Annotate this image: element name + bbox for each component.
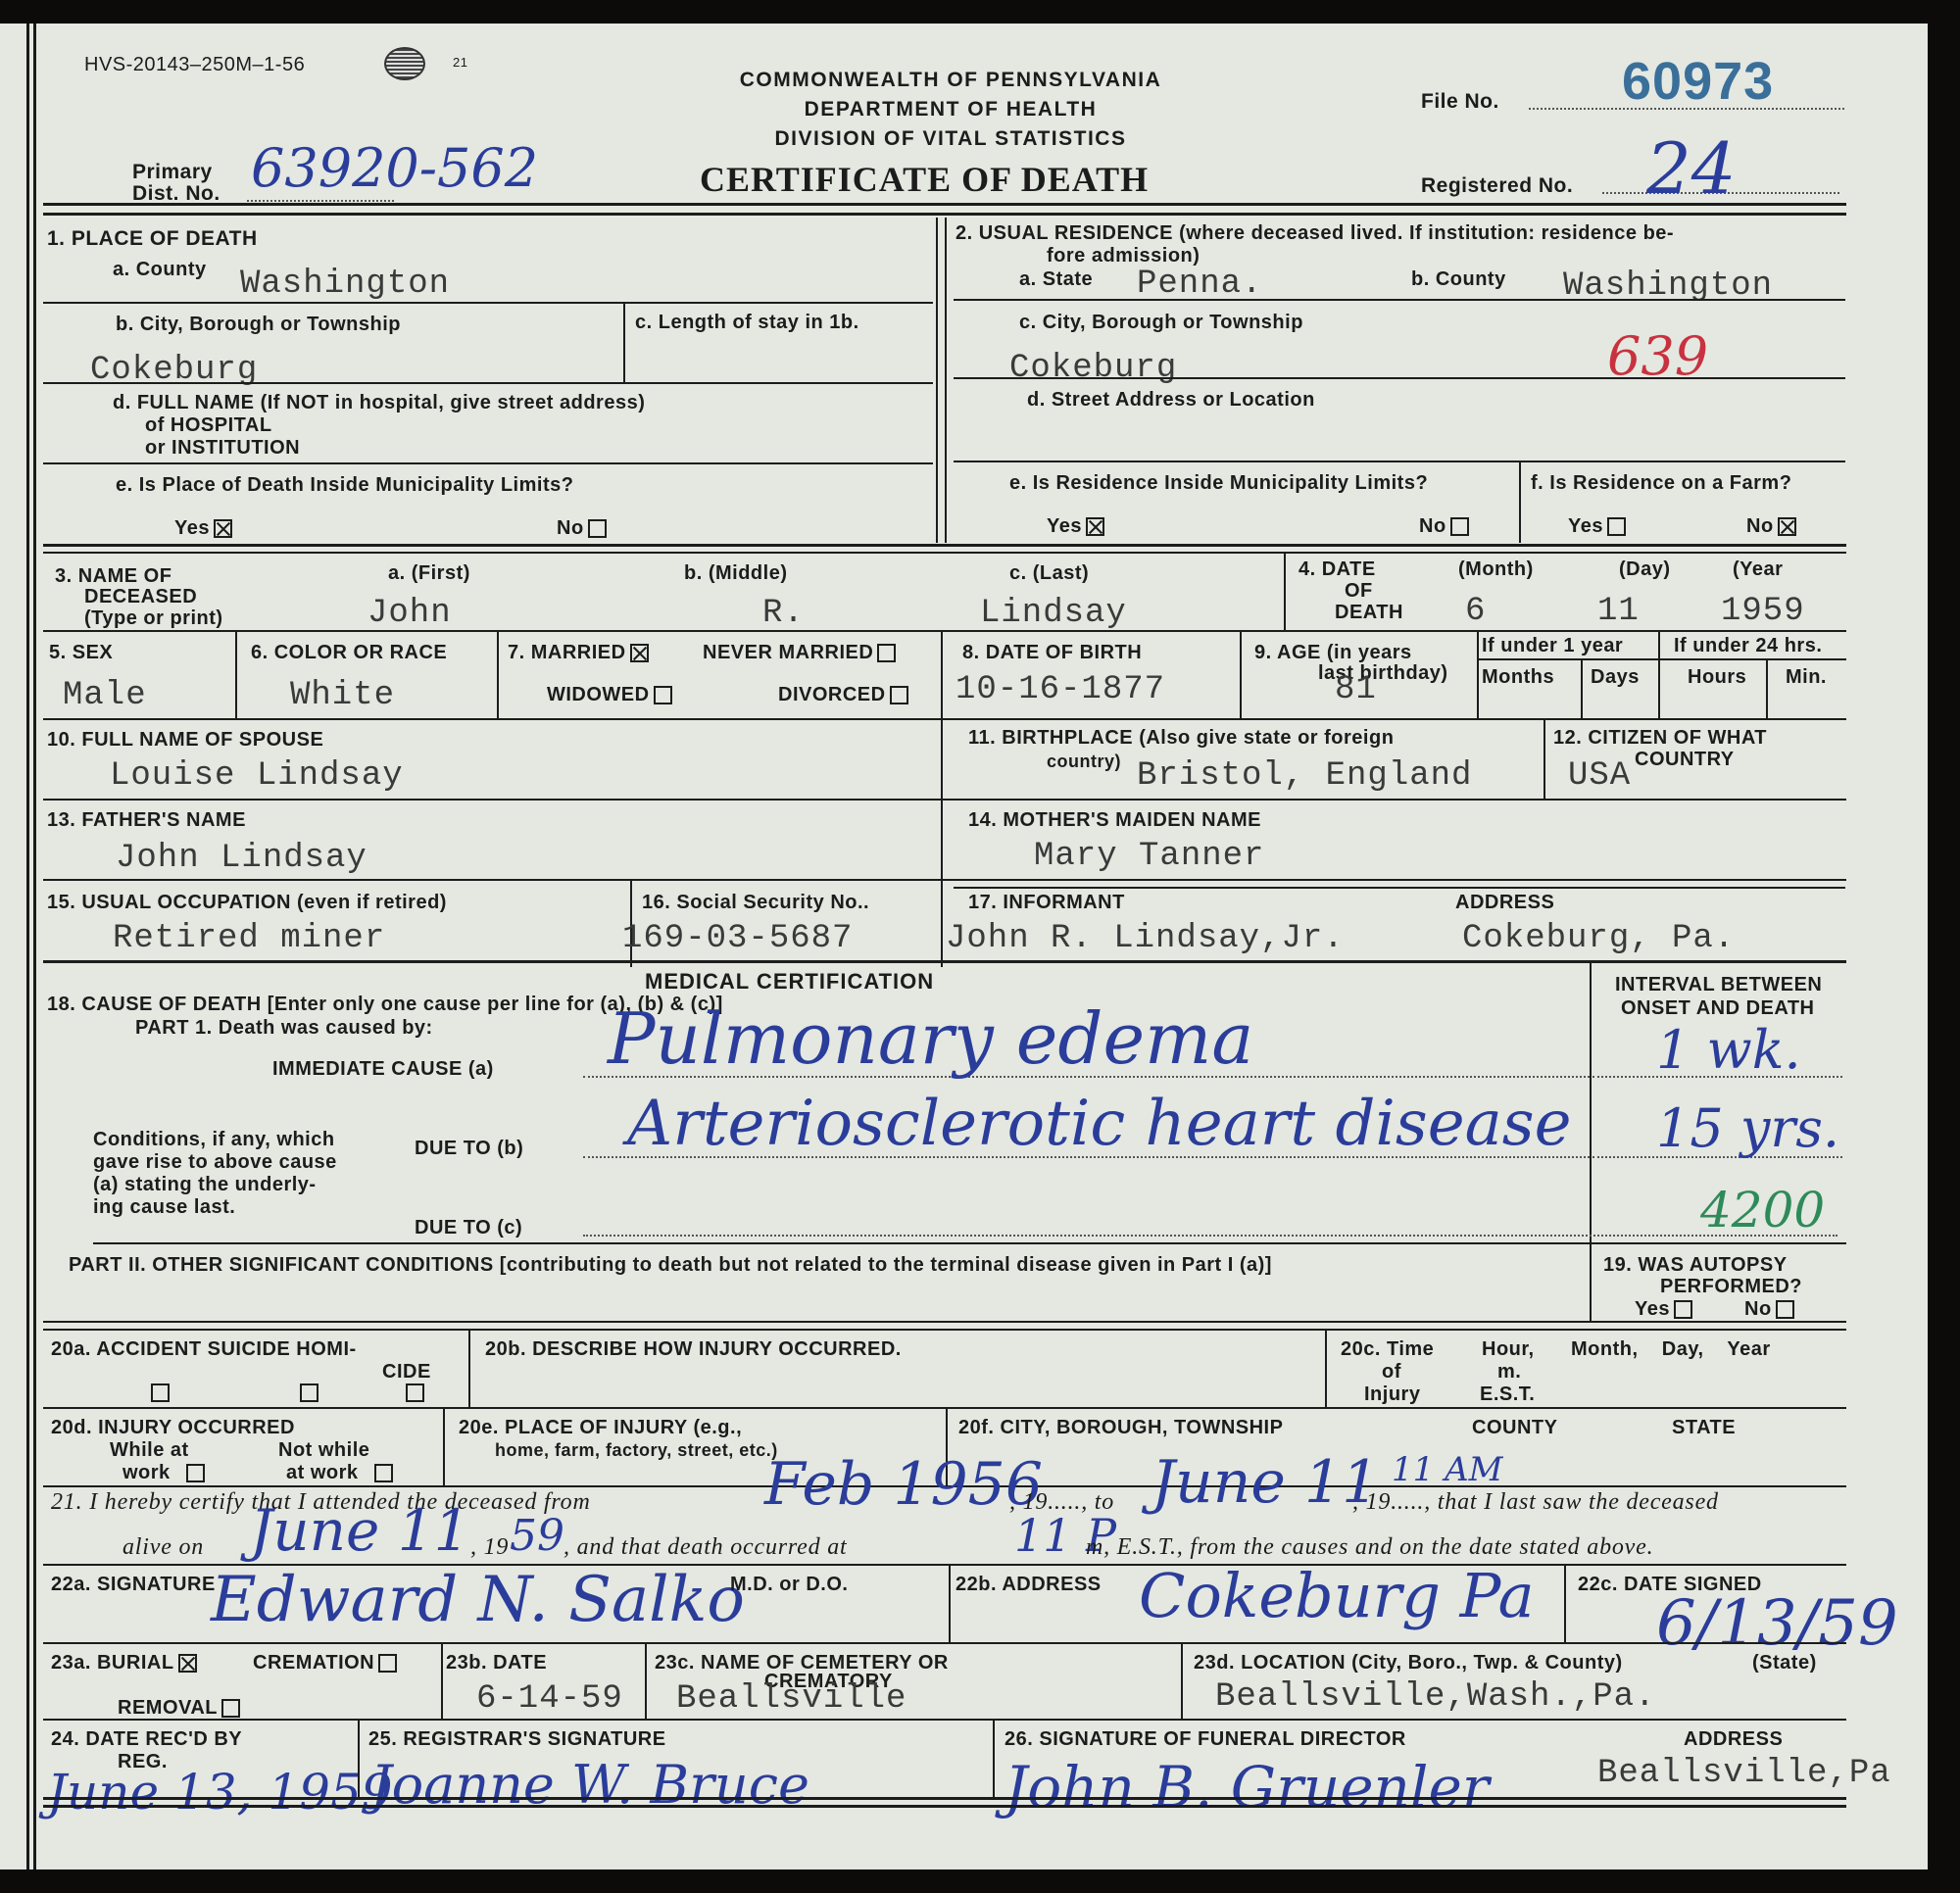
registered-no-label: Registered No.: [1421, 174, 1573, 197]
removal-option[interactable]: REMOVAL: [118, 1697, 240, 1720]
widowed-option[interactable]: WIDOWED: [547, 684, 672, 706]
death-city-label: b. City, Borough or Township: [116, 314, 401, 336]
first-name-value: John: [367, 596, 452, 631]
registered-number: 24: [1646, 127, 1737, 210]
registrar-signature-label: 25. REGISTRAR'S SIGNATURE: [368, 1728, 666, 1751]
residence-county-label: b. County: [1411, 268, 1506, 291]
interval-label: INTERVAL BETWEEN: [1615, 974, 1822, 996]
conditions-label: Conditions, if any, which: [93, 1129, 335, 1151]
not-at-work-label: Not while: [278, 1439, 369, 1462]
while-at-work-option[interactable]: work: [122, 1462, 205, 1484]
birthplace-label: 11. BIRTHPLACE (Also give state or forei…: [968, 727, 1394, 750]
checkbox-icon[interactable]: [221, 1699, 240, 1718]
usual-residence-title: 2. USUAL RESIDENCE (where deceased lived…: [955, 222, 1674, 245]
hours-label: Hours: [1688, 666, 1746, 689]
citizen-value: USA: [1568, 758, 1631, 794]
citizen-label: 12. CITIZEN OF WHAT: [1553, 727, 1767, 750]
suicide-checkbox[interactable]: [296, 1383, 318, 1402]
last-name-label: c. (Last): [1009, 562, 1089, 585]
while-at-work-label: While at: [110, 1439, 189, 1462]
injury-city-label: 20f. CITY, BOROUGH, TOWNSHIP: [958, 1417, 1283, 1439]
annotation-time: 11 AM: [1392, 1450, 1502, 1489]
commonwealth-heading: COMMONWEALTH OF PENNSYLVANIA: [686, 69, 1215, 92]
usual-residence-title-cont: fore admission): [1047, 245, 1200, 267]
length-of-stay-label: c. Length of stay in 1b.: [635, 312, 859, 334]
farm-yes[interactable]: Yes: [1568, 515, 1626, 538]
death-county-label: a. County: [113, 259, 207, 281]
checkbox-checked-icon[interactable]: [178, 1654, 197, 1673]
birthplace-label-2: country): [1047, 751, 1121, 773]
funeral-address-label: ADDRESS: [1684, 1728, 1783, 1751]
cemetery-value: Beallsville: [676, 1681, 906, 1717]
time-of-injury-label-2: of: [1382, 1361, 1401, 1383]
checkbox-checked-icon[interactable]: [214, 519, 232, 538]
checkbox-icon[interactable]: [186, 1464, 205, 1482]
checkbox-icon[interactable]: [1450, 517, 1469, 536]
deceased-name-label-2: DECEASED: [84, 586, 197, 608]
informant-label: 17. INFORMANT: [968, 892, 1125, 914]
autopsy-label: 19. WAS AUTOPSY: [1603, 1254, 1788, 1277]
under-1-year-label: If under 1 year: [1482, 635, 1623, 657]
manner-label-2: CIDE: [382, 1361, 431, 1383]
interval-label-2: ONSET AND DEATH: [1621, 997, 1815, 1020]
burial-state-label: (State): [1752, 1652, 1817, 1675]
md-do-label: M.D. or D.O.: [730, 1574, 848, 1596]
burial-option[interactable]: 23a. BURIAL: [51, 1652, 197, 1675]
married-option[interactable]: 7. MARRIED: [508, 642, 649, 664]
funeral-director-label: 26. SIGNATURE OF FUNERAL DIRECTOR: [1004, 1728, 1406, 1751]
checkbox-icon[interactable]: [877, 644, 896, 662]
checkbox-icon[interactable]: [151, 1383, 170, 1402]
checkbox-checked-icon[interactable]: [1086, 517, 1104, 536]
father-label: 13. FATHER'S NAME: [47, 809, 246, 832]
citizen-label-2: COUNTRY: [1635, 749, 1735, 771]
deceased-name-label-3: (Type or print): [84, 607, 223, 630]
informant-address-value: Cokeburg, Pa.: [1462, 921, 1735, 956]
file-no-label: File No.: [1421, 90, 1499, 113]
divorced-option[interactable]: DIVORCED: [778, 684, 908, 706]
certify-line2-d: m, E.S.T., from the causes and on the da…: [1086, 1536, 1653, 1559]
first-name-label: a. (First): [388, 562, 470, 585]
residence-inside-limits-yes[interactable]: Yes: [1047, 515, 1104, 538]
injury-date-cols-label: Month, Day, Year: [1571, 1338, 1771, 1361]
last-name-value: Lindsay: [980, 596, 1127, 631]
death-day-value: 11: [1597, 594, 1640, 629]
months-label: Months: [1482, 666, 1554, 689]
injury-county-label: COUNTY: [1472, 1417, 1557, 1439]
department-heading: DEPARTMENT OF HEALTH: [686, 98, 1215, 121]
farm-label: f. Is Residence on a Farm?: [1531, 472, 1791, 495]
funeral-director-signature: John B. Gruenler: [1004, 1754, 1490, 1820]
checkbox-icon[interactable]: [890, 686, 908, 704]
time-of-injury-label-3: Injury: [1364, 1383, 1420, 1406]
checkbox-icon[interactable]: [1607, 517, 1626, 536]
checkbox-icon[interactable]: [378, 1654, 397, 1673]
attended-from-value: Feb 1956: [764, 1450, 1043, 1519]
est-label: E.S.T.: [1480, 1383, 1535, 1406]
certify-line2-a: alive on: [122, 1536, 204, 1559]
middle-name-label: b. (Middle): [684, 562, 787, 585]
death-inside-limits-label: e. Is Place of Death Inside Municipality…: [116, 474, 573, 497]
left-border: [26, 24, 36, 1869]
never-married-option[interactable]: NEVER MARRIED: [703, 642, 896, 664]
due-to-b-value: Arteriosclerotic heart disease: [627, 1088, 1571, 1160]
burial-location-value: Beallsville,Wash.,Pa.: [1215, 1679, 1655, 1715]
primary-dist-label: Primary: [132, 161, 213, 183]
interval-code: 4200: [1700, 1182, 1825, 1238]
burial-location-label: 23d. LOCATION (City, Boro., Twp. & Count…: [1194, 1652, 1623, 1675]
checkbox-icon[interactable]: [406, 1383, 424, 1402]
occupation-label: 15. USUAL OCCUPATION (even if retired): [47, 892, 447, 914]
time-of-injury-label: 20c. Time: [1341, 1338, 1434, 1361]
funeral-address-value: Beallsville,Pa: [1597, 1756, 1891, 1791]
date-of-death-label-3: DEATH: [1335, 602, 1403, 624]
residence-state-value: Penna.: [1137, 267, 1262, 302]
hospital-label: d. FULL NAME (If NOT in hospital, give s…: [113, 392, 645, 414]
checkbox-icon[interactable]: [374, 1464, 393, 1482]
certify-line2-b: , 19: [470, 1536, 509, 1559]
date-signed-value: 6/13/59: [1656, 1587, 1898, 1660]
physician-address-value: Cokeburg Pa: [1139, 1560, 1535, 1631]
file-number: 60973: [1622, 51, 1774, 112]
date-of-death-label-2: OF: [1345, 580, 1373, 603]
checkbox-icon[interactable]: [1674, 1300, 1692, 1319]
date-received-label: 24. DATE REC'D BY: [51, 1728, 242, 1751]
immediate-cause-label: IMMEDIATE CAUSE (a): [272, 1058, 494, 1081]
interval-b-value: 15 yrs.: [1656, 1097, 1839, 1159]
checkbox-icon[interactable]: [588, 519, 607, 538]
residence-inside-limits-label: e. Is Residence Inside Municipality Limi…: [1009, 472, 1428, 495]
conditions-label-4: ing cause last.: [93, 1196, 235, 1219]
residence-inside-limits-no[interactable]: No: [1419, 515, 1469, 538]
due-to-c-label: DUE TO (c): [415, 1217, 522, 1239]
autopsy-no[interactable]: No: [1744, 1298, 1794, 1321]
checkbox-checked-icon[interactable]: [630, 644, 649, 662]
death-month-label: (Month): [1458, 558, 1534, 581]
burial-date-label: 23b. DATE: [446, 1652, 547, 1675]
deceased-name-label: 3. NAME OF: [55, 565, 171, 588]
conditions-label-2: gave rise to above cause: [93, 1151, 337, 1174]
death-inside-limits-yes[interactable]: Yes: [174, 517, 232, 540]
m-label: m.: [1497, 1361, 1521, 1383]
part1-label: PART 1. Death was caused by:: [135, 1017, 433, 1040]
death-day-label: (Day): [1619, 558, 1671, 581]
checkbox-icon[interactable]: [1776, 1300, 1794, 1319]
ssn-label: 16. Social Security No..: [642, 892, 869, 914]
occupation-value: Retired miner: [113, 921, 385, 956]
min-label: Min.: [1786, 666, 1827, 689]
under-24-hrs-label: If under 24 hrs.: [1674, 635, 1822, 657]
residence-city-value: Cokeburg: [1009, 351, 1177, 386]
father-value: John Lindsay: [116, 841, 367, 876]
last-seen-value: June 11: [250, 1497, 470, 1564]
middle-name-value: R.: [762, 596, 805, 631]
part2-label: PART II. OTHER SIGNIFICANT CONDITIONS [c…: [69, 1254, 1272, 1277]
dob-label: 8. DATE OF BIRTH: [962, 642, 1142, 664]
injury-state-label: STATE: [1672, 1417, 1736, 1439]
checkbox-icon[interactable]: [300, 1383, 318, 1402]
certificate-title: CERTIFICATE OF DEATH: [700, 159, 1149, 200]
residence-state-label: a. State: [1019, 268, 1093, 291]
injury-occurred-label: 20d. INJURY OCCURRED: [51, 1417, 295, 1439]
mother-value: Mary Tanner: [1034, 839, 1264, 874]
form-code: HVS-20143–250M–1-56: [84, 54, 305, 76]
hour-label: Hour,: [1482, 1338, 1535, 1361]
days-label: Days: [1591, 666, 1640, 689]
place-of-death-title: 1. PLACE OF DEATH: [47, 227, 258, 250]
autopsy-yes[interactable]: Yes: [1635, 1298, 1692, 1321]
death-year-value: 1959: [1721, 594, 1805, 629]
place-of-injury-label-2: home, farm, factory, street, etc.): [495, 1439, 778, 1462]
age-label: 9. AGE (in years: [1254, 642, 1412, 664]
physician-signature: Edward N. Salko: [211, 1564, 745, 1636]
division-heading: DIVISION OF VITAL STATISTICS: [686, 127, 1215, 151]
attended-to-value: June 11: [1151, 1448, 1379, 1517]
mother-label: 14. MOTHER'S MAIDEN NAME: [968, 809, 1261, 832]
age-value: 81: [1335, 672, 1377, 707]
race-label: 6. COLOR OR RACE: [251, 642, 447, 664]
conditions-label-3: (a) stating the underly-: [93, 1174, 317, 1196]
place-of-injury-label: 20e. PLACE OF INJURY (e.g.,: [459, 1417, 742, 1439]
informant-address-label: ADDRESS: [1455, 892, 1554, 914]
dob-value: 10-16-1877: [955, 672, 1165, 707]
date-of-death-label: 4. DATE: [1298, 558, 1376, 581]
death-month-value: 6: [1465, 594, 1486, 629]
informant-value: John R. Lindsay,Jr.: [946, 921, 1345, 956]
hospital-label-3: or INSTITUTION: [145, 437, 300, 460]
burial-date-value: 6-14-59: [476, 1681, 623, 1717]
manner-label: 20a. ACCIDENT SUICIDE HOMI-: [51, 1338, 357, 1361]
death-county-value: Washington: [240, 267, 450, 302]
physician-signature-label: 22a. SIGNATURE: [51, 1574, 216, 1596]
spouse-label: 10. FULL NAME OF SPOUSE: [47, 729, 323, 752]
sex-label: 5. SEX: [49, 642, 113, 664]
describe-injury-label: 20b. DESCRIBE HOW INJURY OCCURRED.: [485, 1338, 902, 1361]
farm-no[interactable]: No: [1746, 515, 1796, 538]
certify-line2-c: , and that death occurred at: [563, 1536, 847, 1559]
physician-address-label: 22b. ADDRESS: [955, 1574, 1102, 1596]
union-label-icon: [384, 47, 425, 80]
primary-dist-label-2: Dist. No.: [132, 182, 220, 205]
residence-street-label: d. Street Address or Location: [1027, 389, 1315, 412]
homicide-checkbox[interactable]: [402, 1383, 424, 1402]
death-year-label: (Year: [1733, 558, 1783, 581]
hospital-label-2: of HOSPITAL: [145, 414, 272, 437]
interval-a-value: 1 wk.: [1656, 1019, 1801, 1081]
sex-value: Male: [63, 678, 147, 713]
checkbox-icon[interactable]: [654, 686, 672, 704]
not-at-work-option[interactable]: at work: [286, 1462, 393, 1484]
ssn-value: 169-03-5687: [622, 921, 853, 956]
race-value: White: [290, 678, 395, 713]
union-label-number: 21: [453, 51, 467, 73]
primary-dist-number: 63920-562: [251, 137, 538, 199]
death-inside-limits-no[interactable]: No: [557, 517, 607, 540]
medical-certification-title: MEDICAL CERTIFICATION: [645, 970, 934, 993]
residence-city-label: c. City, Borough or Township: [1019, 312, 1303, 334]
accident-checkbox[interactable]: [147, 1383, 170, 1402]
immediate-cause-value: Pulmonary edema: [608, 997, 1253, 1080]
cremation-option[interactable]: CREMATION: [253, 1652, 397, 1675]
certify-line1-c: , 19....., that I last saw the deceased: [1352, 1491, 1719, 1514]
spouse-value: Louise Lindsay: [110, 758, 404, 794]
birthplace-value: Bristol, England: [1137, 758, 1472, 794]
date-received-value: June 13, 1959: [47, 1764, 393, 1820]
last-seen-year: 59: [510, 1511, 564, 1561]
due-to-b-label: DUE TO (b): [415, 1138, 523, 1160]
autopsy-label-2: PERFORMED?: [1660, 1276, 1802, 1298]
checkbox-checked-icon[interactable]: [1778, 517, 1796, 536]
